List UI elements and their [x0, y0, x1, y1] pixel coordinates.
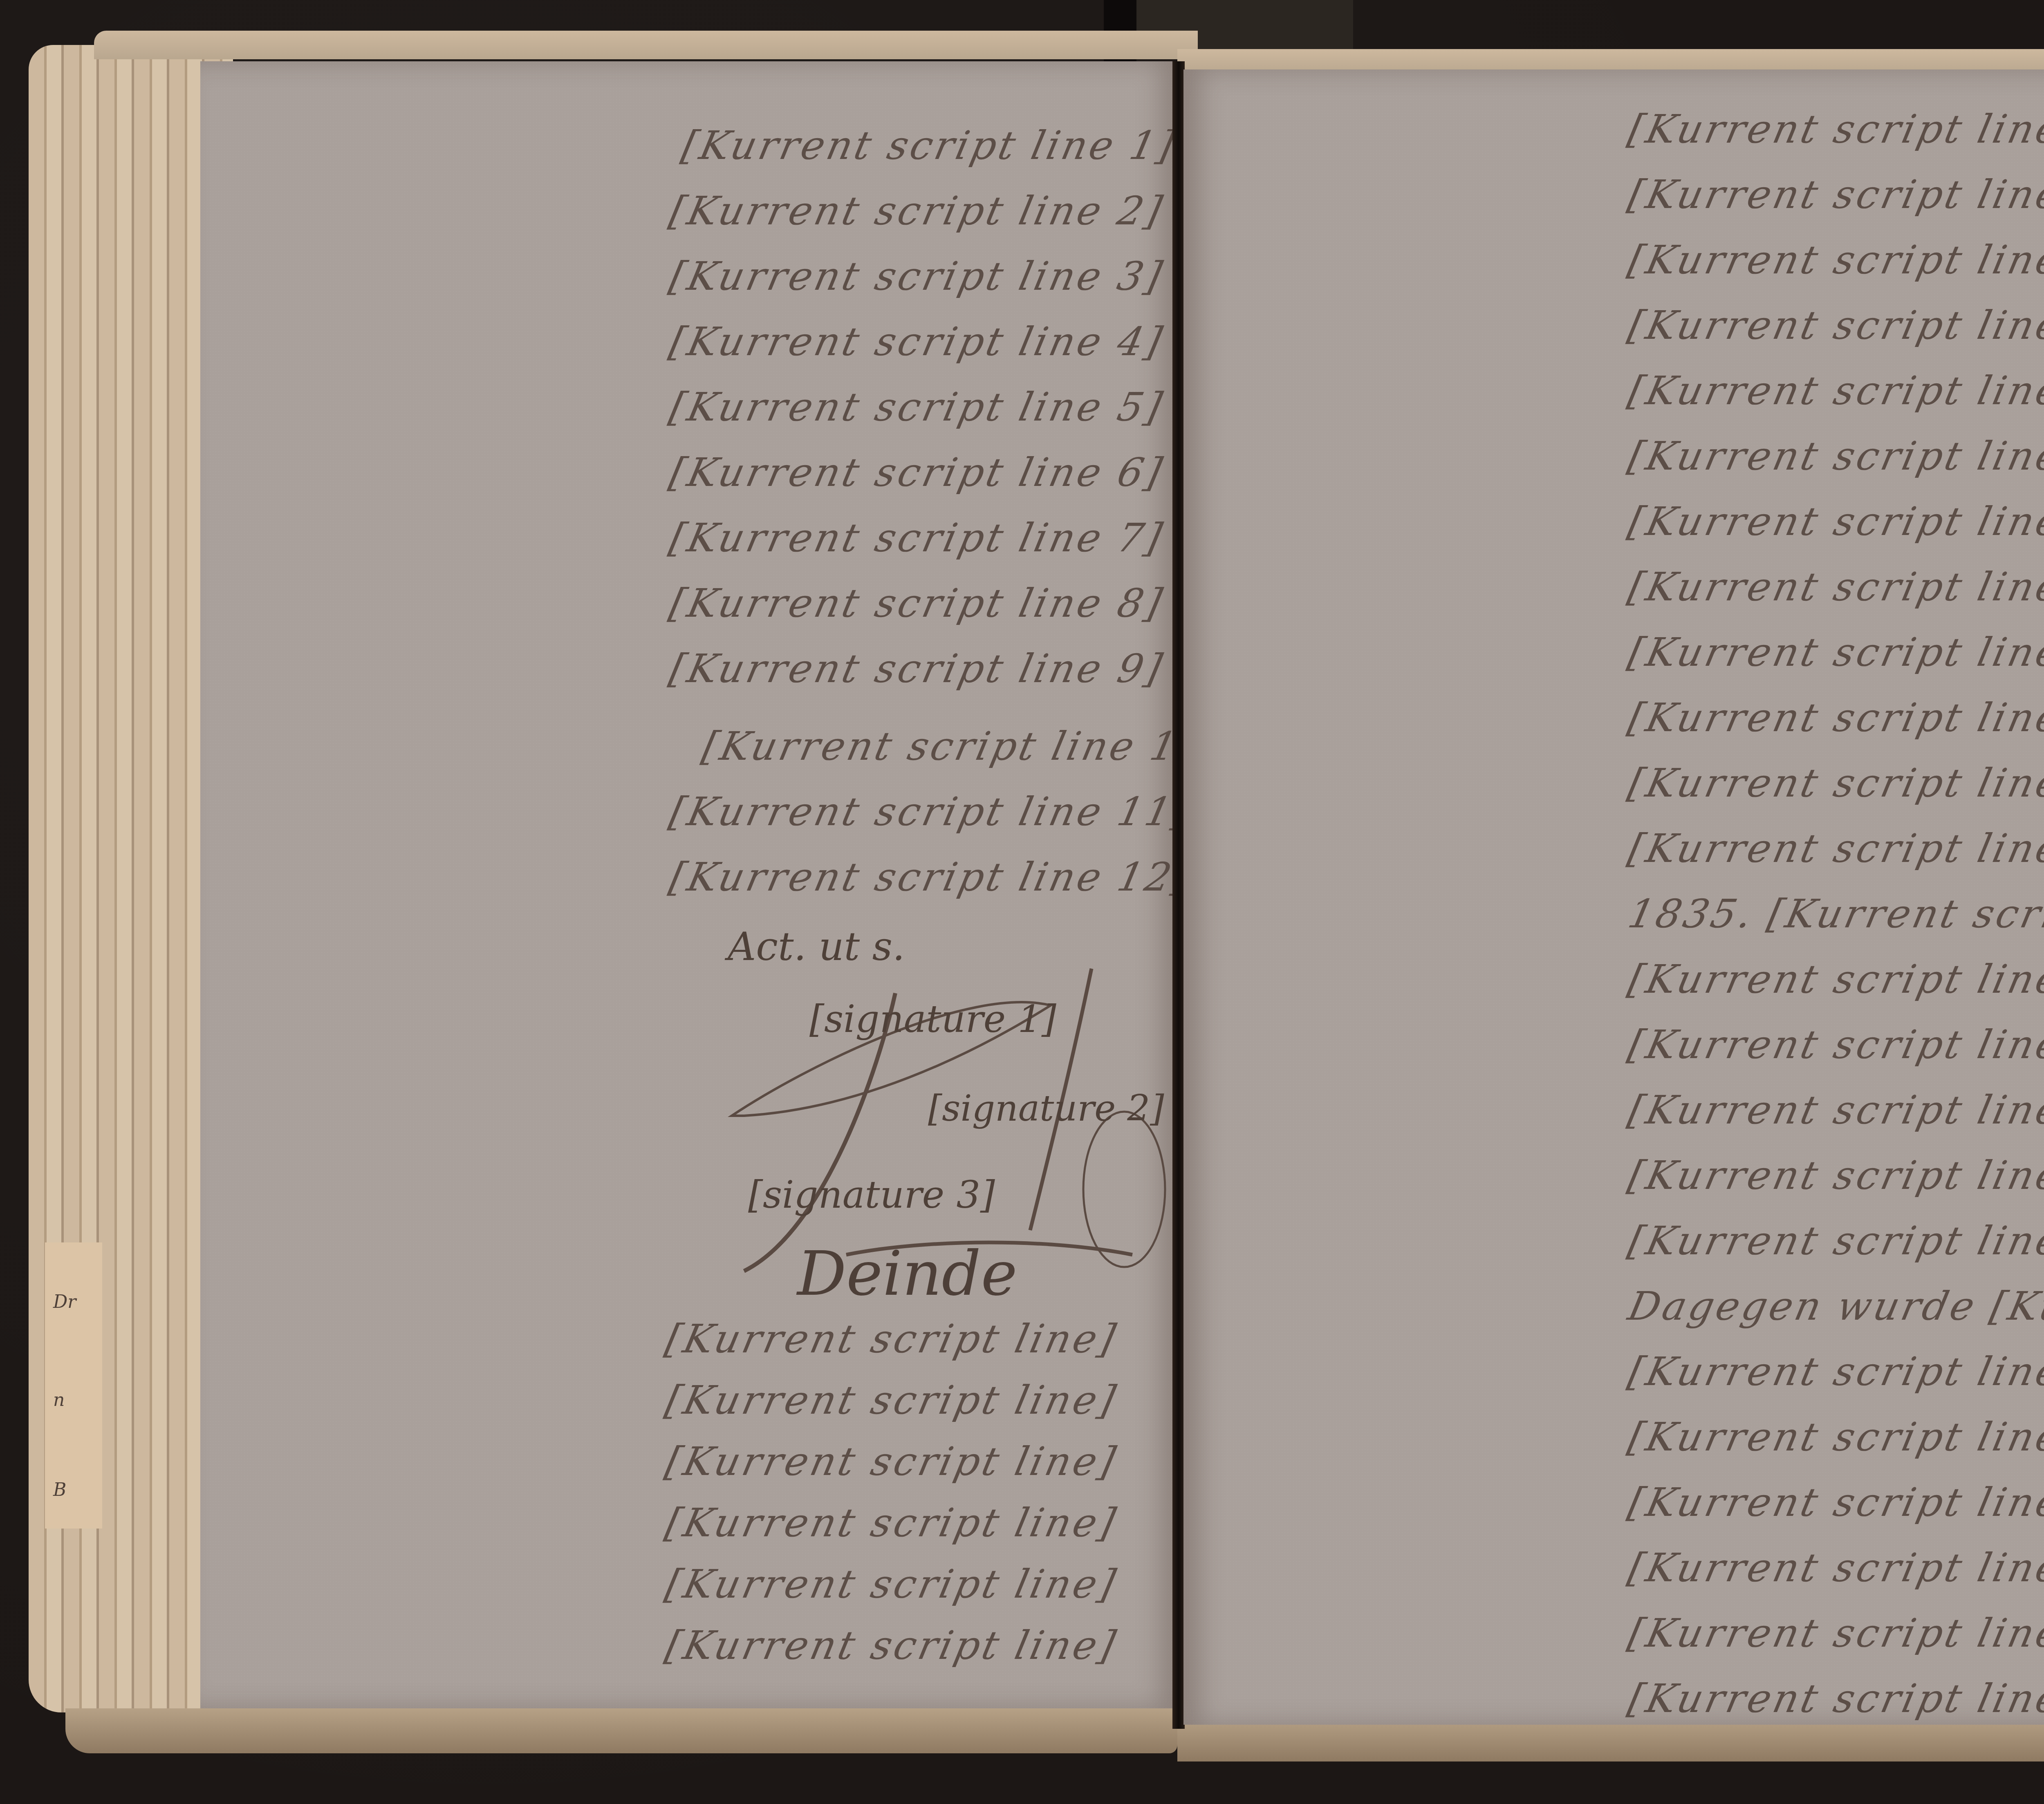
manuscript-line: [Kurrent script line]	[1624, 1479, 2044, 1525]
manuscript-line: [Kurrent script line]	[1624, 302, 2044, 348]
manuscript-line: [Kurrent script line 9]	[666, 646, 1168, 692]
manuscript-line: [Kurrent script line 11]	[666, 789, 1196, 835]
manuscript-line: [Kurrent script line]	[1624, 826, 2044, 871]
manuscript-line: [Kurrent script line 8]	[666, 580, 1168, 626]
manuscript-line: [Kurrent script line 6]	[666, 450, 1168, 495]
manuscript-line: [Kurrent script line]	[1624, 368, 2044, 414]
manuscript-line: [Kurrent script line]	[1624, 695, 2044, 741]
manuscript-line: [Kurrent script line]	[1624, 1414, 2044, 1460]
manuscript-line: [Kurrent script line]	[1624, 1087, 2044, 1133]
manuscript-line: [Kurrent script line 4]	[666, 319, 1168, 365]
manuscript-line: [Kurrent script line]	[1624, 956, 2044, 1002]
left-top-edge	[94, 31, 1198, 59]
right-page: [Kurrent script line] [Kurrent script li…	[1183, 69, 2044, 1725]
signature-3: [signature 3]	[748, 1173, 995, 1217]
manuscript-line: [Kurrent script line]	[1624, 172, 2044, 217]
signature-2: [signature 2]	[928, 1087, 1164, 1129]
slip-text: Dr	[53, 1291, 76, 1312]
manuscript-line: [Kurrent script line 1]	[678, 123, 1180, 168]
manuscript-line: [Kurrent script line]	[661, 1623, 1122, 1668]
manuscript-line: [Kurrent script line]	[1624, 564, 2044, 610]
book-gutter	[1172, 61, 1185, 1729]
manuscript-line: [Kurrent script line]	[1624, 433, 2044, 479]
margin-slip: Dr n B	[45, 1242, 102, 1529]
section-heading: Deinde	[797, 1238, 1017, 1309]
left-bottom-edge	[65, 1708, 1177, 1753]
manuscript-line: [Kurrent script line]	[1624, 499, 2044, 544]
manuscript-line: [Kurrent script line 2]	[666, 188, 1168, 234]
manuscript-line: [Kurrent script line]	[661, 1316, 1122, 1362]
manuscript-line: Dagegen wurde [Kurrent script continues]	[1624, 1283, 2044, 1329]
manuscript-line: [Kurrent script line 3]	[666, 253, 1168, 299]
manuscript-line: [Kurrent script line]	[661, 1439, 1122, 1484]
manuscript-line-date: 1835. [Kurrent script continues]	[1624, 891, 2044, 937]
manuscript-line: [Kurrent script line 5]	[666, 384, 1168, 430]
manuscript-line: [Kurrent script line]	[1624, 1153, 2044, 1198]
manuscript-line: [Kurrent script line]	[1624, 1349, 2044, 1394]
manuscript-line: [Kurrent script line]	[661, 1500, 1122, 1546]
manuscript-line: [Kurrent script line]	[1624, 1545, 2044, 1591]
manuscript-line: [Kurrent script line]	[661, 1561, 1122, 1607]
manuscript-line: [Kurrent script line 10]	[698, 723, 1228, 769]
left-page: [Kurrent script line 1] [Kurrent script …	[200, 61, 1177, 1708]
manuscript-line: [Kurrent script line]	[661, 1377, 1122, 1423]
manuscript-line: [Kurrent script line 12]	[666, 854, 1196, 900]
manuscript-line: [Kurrent script line]	[1624, 1610, 2044, 1656]
slip-text: n	[53, 1390, 65, 1410]
manuscript-line: [Kurrent script line]	[1624, 237, 2044, 283]
manuscript-line: [Kurrent script line]	[1624, 1022, 2044, 1068]
manuscript-line: [Kurrent script line]	[1624, 629, 2044, 675]
manuscript-line: [Kurrent script line]	[1624, 760, 2044, 806]
signature-1: [signature 1]	[809, 997, 1056, 1041]
manuscript-line: [Kurrent script line]	[1624, 1218, 2044, 1264]
manuscript-line: [Kurrent script line]	[1624, 106, 2044, 152]
manuscript-line: [Kurrent script line]	[1624, 1676, 2044, 1721]
slip-text: B	[53, 1479, 66, 1500]
manuscript-line: [Kurrent script line 7]	[666, 515, 1168, 561]
